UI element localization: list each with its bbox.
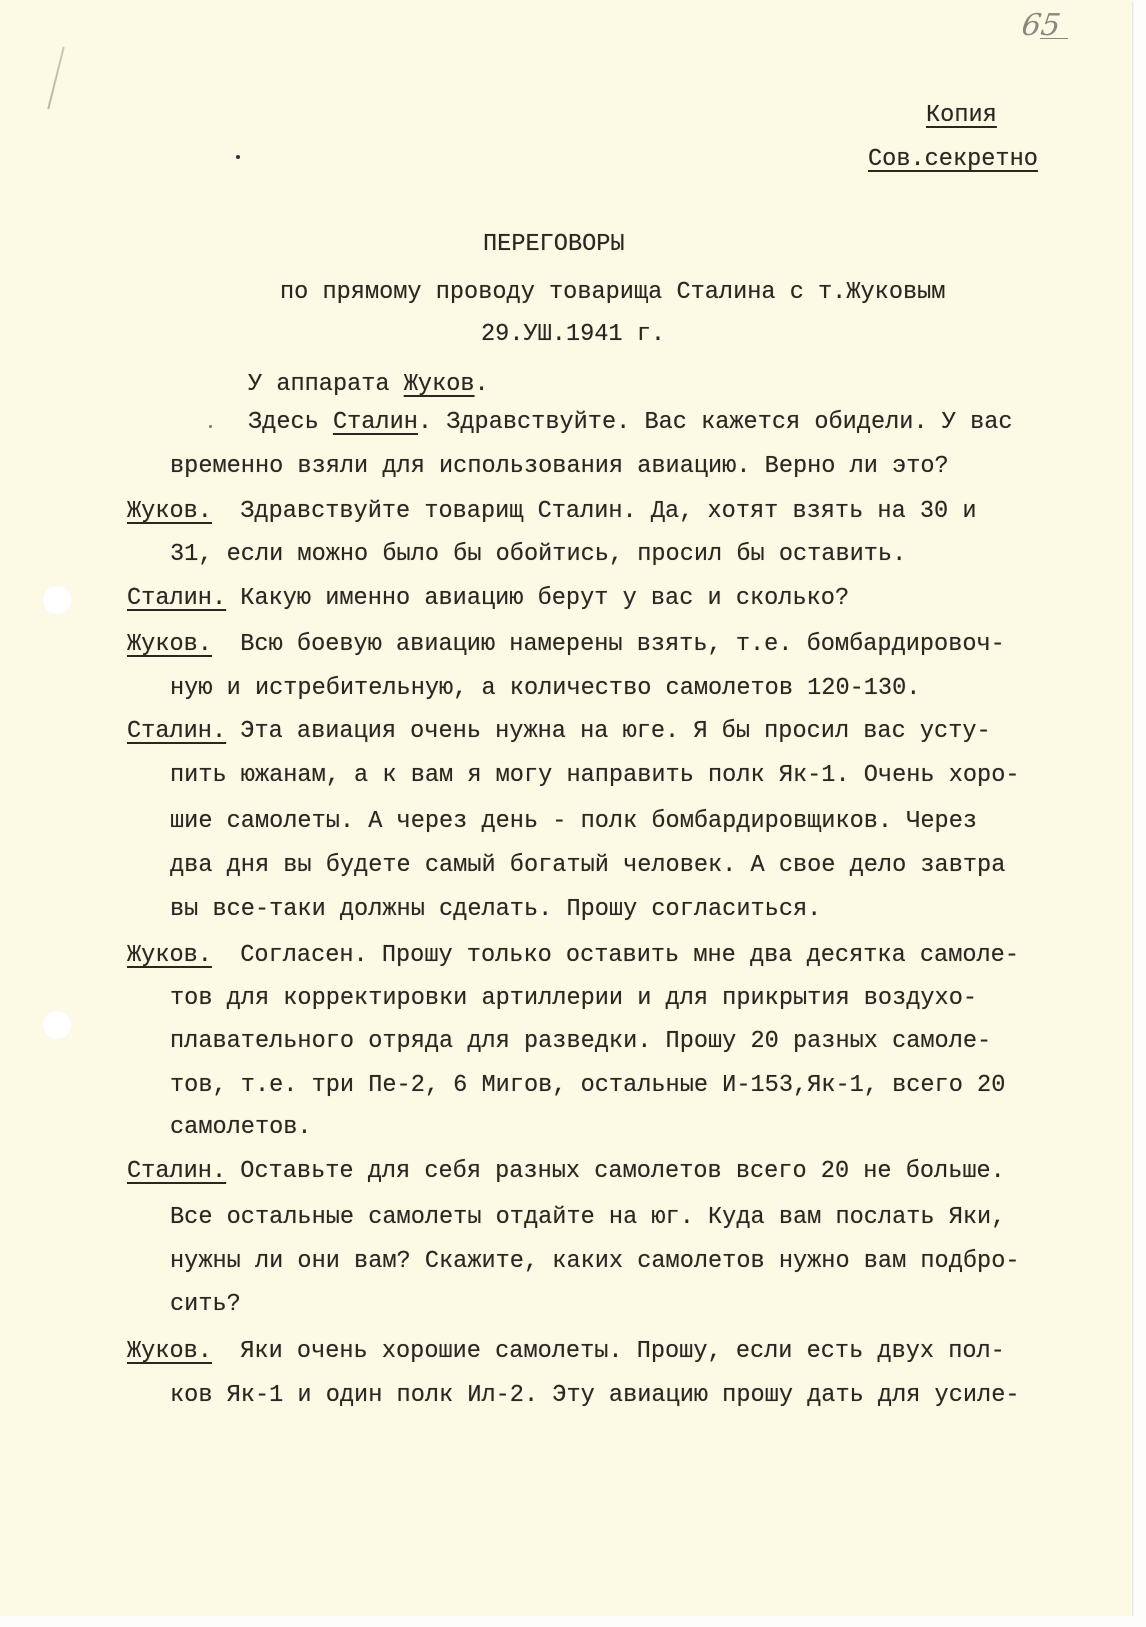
line-text: . Здравствуйте. Вас кажется обидели. У в… bbox=[418, 409, 1013, 436]
dialogue-line: Жуков. Здравствуйте товарищ Сталин. Да, … bbox=[127, 500, 977, 524]
line-text: тов, т.е. три Пе-2, 6 Мигов, остальные И… bbox=[170, 1072, 1005, 1099]
speaker-name: Жуков. bbox=[127, 498, 212, 525]
dialogue-line: нужны ли они вам? Скажите, каких самолет… bbox=[170, 1250, 1020, 1274]
speaker-name: Жуков. bbox=[127, 631, 212, 658]
dialogue-line: временно взяли для использования авиацию… bbox=[170, 455, 949, 479]
speaker-name: Сталин. bbox=[127, 585, 226, 612]
pencil-mark bbox=[47, 47, 64, 110]
line-text: Всю боевую авиацию намерены взять, т.е. … bbox=[212, 631, 1005, 658]
stamp-classification: Сов.секретно bbox=[868, 148, 1038, 172]
speaker-name: Жуков. bbox=[127, 1338, 212, 1365]
speaker-name: Сталин. bbox=[127, 718, 226, 745]
line-text: Здравствуйте товарищ Сталин. Да, хотят в… bbox=[212, 498, 977, 525]
dialogue-line: У аппарата Жуков. bbox=[248, 373, 489, 397]
dialogue-line: вы все-таки должны сделать. Прошу соглас… bbox=[170, 898, 821, 922]
line-text: 31, если можно было бы обойтись, просил … bbox=[170, 541, 906, 568]
dialogue-line: ную и истребительную, а количество самол… bbox=[170, 677, 920, 701]
document-subtitle: по прямому проводу товарища Сталина с т.… bbox=[280, 281, 945, 305]
dialogue-line: Жуков. Согласен. Прошу только оставить м… bbox=[127, 944, 1019, 968]
line-text: самолетов. bbox=[170, 1114, 312, 1141]
line-text: У аппарата bbox=[248, 371, 404, 398]
line-text: Согласен. Прошу только оставить мне два … bbox=[212, 942, 1019, 969]
line-text: ков Як-1 и один полк Ил-2. Эту авиацию п… bbox=[170, 1382, 1020, 1409]
line-text: Оставьте для себя разных самолетов всего… bbox=[226, 1158, 1005, 1185]
dialogue-line: Сталин. Какую именно авиацию берут у вас… bbox=[127, 587, 849, 611]
line-text: шие самолеты. А через день - полк бомбар… bbox=[170, 808, 977, 835]
speaker-name: Жуков. bbox=[127, 942, 212, 969]
dialogue-line: тов для корректировки артиллерии и для п… bbox=[170, 987, 977, 1011]
line-text: Здесь bbox=[248, 409, 333, 436]
line-text: два дня вы будете самый богатый человек.… bbox=[170, 852, 1005, 879]
line-text: Какую именно авиацию берут у вас и сколь… bbox=[226, 585, 849, 612]
punch-hole bbox=[42, 585, 72, 615]
line-text: сить? bbox=[170, 1291, 241, 1318]
ink-dot bbox=[209, 425, 212, 428]
dialogue-line: Жуков. Яки очень хорошие самолеты. Прошу… bbox=[127, 1340, 1005, 1364]
dialogue-line: Все остальные самолеты отдайте на юг. Ку… bbox=[170, 1206, 1005, 1230]
dialogue-line: сить? bbox=[170, 1293, 241, 1317]
dialogue-line: два дня вы будете самый богатый человек.… bbox=[170, 854, 1005, 878]
stamp-copy: Копия bbox=[926, 104, 997, 128]
dialogue-line: Жуков. Всю боевую авиацию намерены взять… bbox=[127, 633, 1005, 657]
dialogue-line: тов, т.е. три Пе-2, 6 Мигов, остальные И… bbox=[170, 1074, 1005, 1098]
dialogue-line: самолетов. bbox=[170, 1116, 312, 1140]
speaker-name: Сталин bbox=[333, 409, 418, 436]
dialogue-line: Сталин. Эта авиация очень нужна на юге. … bbox=[127, 720, 991, 744]
document-title: ПЕРЕГОВОРЫ bbox=[483, 233, 625, 257]
dialogue-line: 31, если можно было бы обойтись, просил … bbox=[170, 543, 906, 567]
document-date: 29.УШ.1941 г. bbox=[481, 323, 665, 347]
punch-hole bbox=[42, 1010, 72, 1040]
speaker-name: Жуков bbox=[404, 371, 475, 398]
line-text: пить южанам, а к вам я могу направить по… bbox=[170, 762, 1020, 789]
line-text: временно взяли для использования авиацию… bbox=[170, 453, 949, 480]
line-text: плавательного отряда для разведки. Прошу… bbox=[170, 1028, 991, 1055]
dialogue-line: пить южанам, а к вам я могу направить по… bbox=[170, 764, 1020, 788]
page-number-underline bbox=[1040, 38, 1068, 39]
dialogue-line: Сталин. Оставьте для себя разных самолет… bbox=[127, 1160, 1005, 1184]
speaker-name: Сталин. bbox=[127, 1158, 226, 1185]
line-text: ную и истребительную, а количество самол… bbox=[170, 675, 920, 702]
line-text: Эта авиация очень нужна на юге. Я бы про… bbox=[226, 718, 991, 745]
ink-dot bbox=[236, 155, 240, 159]
line-text: Яки очень хорошие самолеты. Прошу, если … bbox=[212, 1338, 1005, 1365]
dialogue-line: шие самолеты. А через день - полк бомбар… bbox=[170, 810, 977, 834]
line-text: тов для корректировки артиллерии и для п… bbox=[170, 985, 977, 1012]
line-text: нужны ли они вам? Скажите, каких самолет… bbox=[170, 1248, 1020, 1275]
scan-margin bbox=[0, 1616, 1146, 1627]
dialogue-line: плавательного отряда для разведки. Прошу… bbox=[170, 1030, 991, 1054]
line-text: вы все-таки должны сделать. Прошу соглас… bbox=[170, 896, 821, 923]
line-text: Все остальные самолеты отдайте на юг. Ку… bbox=[170, 1204, 1005, 1231]
dialogue-line: Здесь Сталин. Здравствуйте. Вас кажется … bbox=[248, 411, 1013, 435]
document-page: 65 Копия Сов.секретно ПЕРЕГОВОРЫ по прям… bbox=[0, 0, 1132, 1616]
line-text: . bbox=[475, 371, 489, 398]
dialogue-line: ков Як-1 и один полк Ил-2. Эту авиацию п… bbox=[170, 1384, 1020, 1408]
